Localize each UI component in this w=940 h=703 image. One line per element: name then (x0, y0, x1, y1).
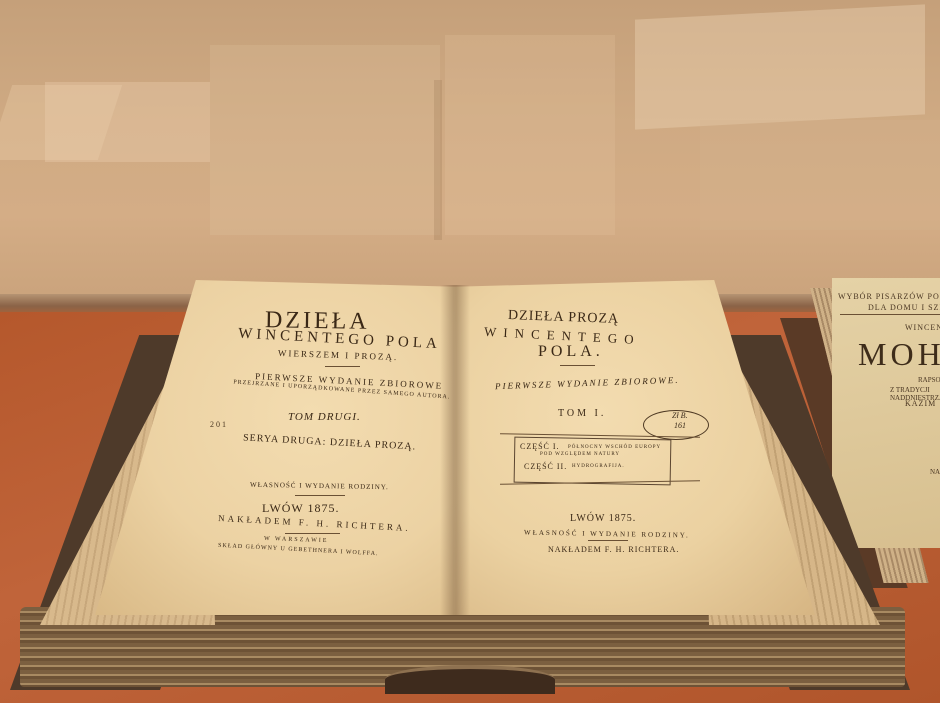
book-spine (385, 665, 555, 694)
divider (588, 540, 628, 541)
reflection-pole (434, 80, 442, 240)
left-margin-mark: 2 0 1 (210, 420, 226, 429)
reflection-patch (445, 35, 615, 235)
second-book-line: NAKŁ (930, 468, 940, 476)
reflection-patch (700, 120, 940, 230)
reflection-patch (635, 4, 925, 129)
right-volume: TOM I. (558, 408, 606, 419)
divider (285, 533, 340, 534)
reflection-patch (210, 45, 440, 235)
part-1-desc: PÓŁNOCNY WSCHÓD EUROPY (568, 445, 661, 450)
second-book-line: RAPSOD (918, 376, 940, 384)
reflection-patch (45, 82, 210, 162)
divider (560, 365, 595, 366)
book-gutter (440, 285, 470, 615)
left-place-year: LWÓW 1875. (262, 501, 340, 516)
part-2-label: CZĘŚĆ II. (524, 462, 567, 471)
right-author-last: POLA. (538, 343, 604, 361)
stamp-text-2: 161 (674, 421, 686, 430)
stamp-text-1: Zł B. (672, 411, 688, 420)
part-1-desc: POD WZGLĘDEM NATURY (540, 452, 620, 457)
museum-display-scene: WYBÓR PISARZÓW POLSKICH DLA DOMU I SZKOŁ… (0, 0, 940, 703)
glass-reflection (0, 0, 940, 308)
left-volume: TOM DRUGI. (288, 411, 361, 423)
right-publisher: NAKŁADEM F. H. RICHTERA. (548, 545, 679, 554)
divider (325, 366, 360, 367)
open-book: DZIEŁA WINCENTEGO POLA WIERSZEM I PROZĄ.… (0, 275, 920, 703)
right-place-year: LWÓW 1875. (570, 513, 636, 524)
part-2-desc: HYDROGRAFIJA. (572, 464, 625, 469)
part-1-label: CZĘŚĆ I. (520, 442, 560, 451)
divider (295, 495, 345, 496)
